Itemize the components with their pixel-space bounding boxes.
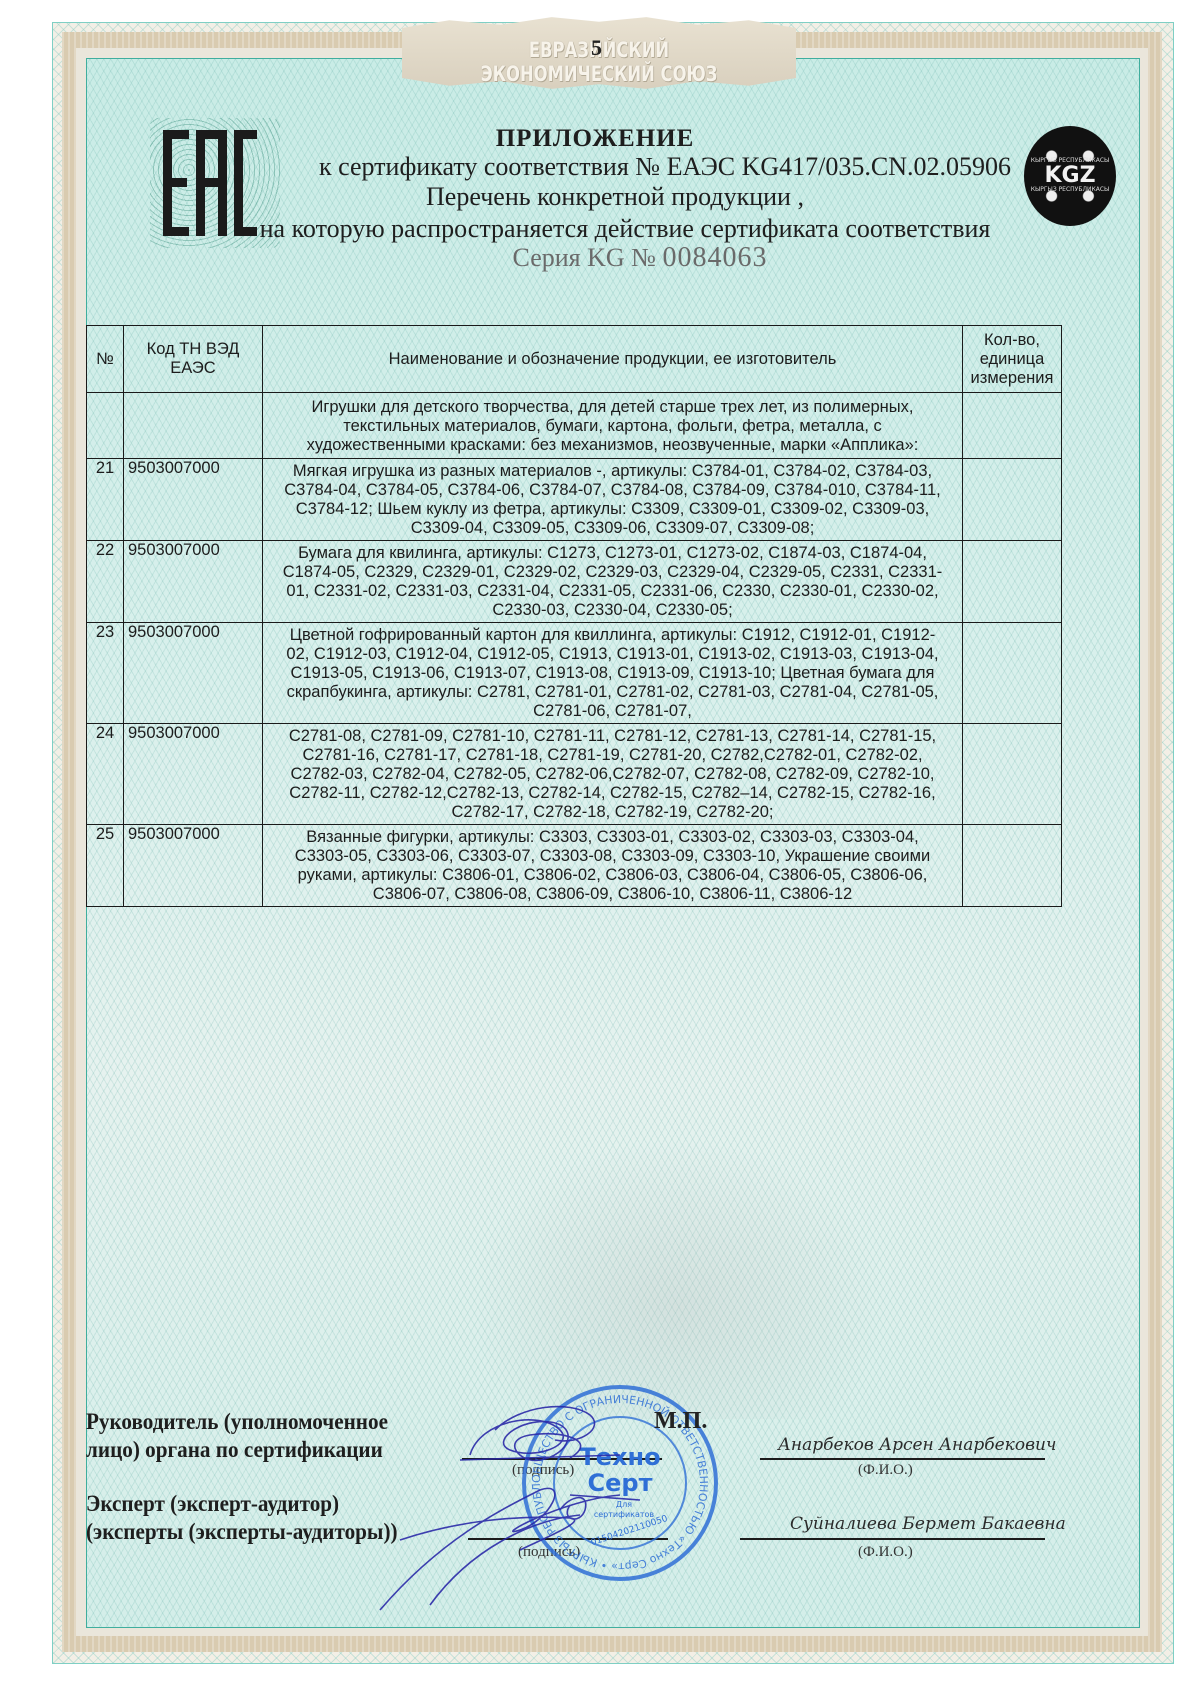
series-value: 0084063 <box>662 242 767 273</box>
product-description: Бумага для квилинга, артикулы: C1273, C1… <box>275 542 950 621</box>
expert-name-line <box>740 1538 1045 1540</box>
cell-no: 23 <box>87 623 124 724</box>
cell-code: 9503007000 <box>124 541 263 623</box>
products-table: № Код ТН ВЭД ЕАЭС Наименование и обознач… <box>86 325 1062 907</box>
cell-no: 25 <box>87 825 124 907</box>
cell-description: Бумага для квилинга, артикулы: C1273, C1… <box>263 541 963 623</box>
product-description: C2781-08, C2781-09, C2781-10, C2781-11, … <box>275 725 950 823</box>
seal-name-line2: Серт <box>588 1469 653 1497</box>
expert-label: Эксперт (эксперт-аудитор) (эксперты (экс… <box>86 1490 398 1546</box>
intro-description: Игрушки для детского творчества, для дет… <box>291 396 934 456</box>
cell-no: 24 <box>87 724 124 825</box>
head-name-line <box>760 1458 1045 1460</box>
seal-purpose-line2: сертификатов <box>594 1510 655 1519</box>
hologram-text: KGZ <box>1044 165 1095 187</box>
product-description: Цветной гофрированный картон для квиллин… <box>275 624 950 722</box>
expert-full-name: Суйналиева Бермет Бакаевна <box>790 1514 1066 1534</box>
product-description: Мягкая игрушка из разных материалов -, а… <box>275 460 950 539</box>
seal-purpose-line1: Для <box>616 1500 632 1509</box>
cell-code: 9503007000 <box>124 724 263 825</box>
cell-description: Цветной гофрированный картон для квиллин… <box>263 623 963 724</box>
seal-place-label: М.П. <box>654 1408 707 1435</box>
list-scope: на которую распространяется действие сер… <box>30 214 1190 244</box>
cell-description: C2781-08, C2781-09, C2781-10, C2781-11, … <box>263 724 963 825</box>
kg-hologram-icon: КЫРГЫЗ РЕСПУБЛИКАСЫ KGZ КЫРГЫЗ РЕСПУБЛИК… <box>1024 126 1116 226</box>
watermark-emblem <box>467 1139 887 1419</box>
head-label: Руководитель (уполномоченное лицо) орган… <box>86 1408 388 1464</box>
seal-name-line1: Техно <box>579 1443 660 1471</box>
cell-quantity <box>963 623 1062 724</box>
cell-quantity <box>963 459 1062 541</box>
head-label-line2: лицо) органа по сертификации <box>86 1436 388 1464</box>
cell-code: 9503007000 <box>124 825 263 907</box>
expert-name-caption: (Ф.И.О.) <box>858 1544 913 1561</box>
cell-quantity <box>963 825 1062 907</box>
table-row: 219503007000Мягкая игрушка из разных мат… <box>87 459 1062 541</box>
cell-no: 22 <box>87 541 124 623</box>
cell-no <box>87 393 124 459</box>
expert-label-line1: Эксперт (эксперт-аудитор) <box>86 1490 398 1518</box>
table-header-row: № Код ТН ВЭД ЕАЭС Наименование и обознач… <box>87 326 1062 393</box>
cell-code: 9503007000 <box>124 459 263 541</box>
head-full-name: Анарбеков Арсен Анарбекович <box>778 1435 1056 1455</box>
product-description: Вязанные фигурки, артикулы: C3303, C3303… <box>275 826 950 905</box>
cell-quantity <box>963 393 1062 459</box>
series-number: Серия KG № 0084063 <box>45 242 1190 274</box>
cell-description: Мягкая игрушка из разных материалов -, а… <box>263 459 963 541</box>
cell-no: 21 <box>87 459 124 541</box>
cell-code <box>124 393 263 459</box>
header-description: Наименование и обозначение продукции, ее… <box>263 326 963 393</box>
cell-description: Вязанные фигурки, артикулы: C3303, C3303… <box>263 825 963 907</box>
table-row: 259503007000Вязанные фигурки, артикулы: … <box>87 825 1062 907</box>
head-label-line1: Руководитель (уполномоченное <box>86 1408 388 1436</box>
table-row: 249503007000C2781-08, C2781-09, C2781-10… <box>87 724 1062 825</box>
cell-quantity <box>963 541 1062 623</box>
seal-registration: 01504202110050 <box>590 1514 670 1548</box>
cell-quantity <box>963 724 1062 825</box>
cell-description: Игрушки для детского творчества, для дет… <box>263 393 963 459</box>
table-intro-row: Игрушки для детского творчества, для дет… <box>87 393 1062 459</box>
page-number: 5 <box>591 35 602 61</box>
header-no: № <box>87 326 124 393</box>
head-name-caption: (Ф.И.О.) <box>858 1462 913 1479</box>
table-row: 239503007000Цветной гофрированный картон… <box>87 623 1062 724</box>
header-quantity: Кол-во, единица измерения <box>963 326 1062 393</box>
hologram-subtext: КЫРГЫЗ РЕСПУБЛИКАСЫ <box>1031 187 1110 194</box>
header-code: Код ТН ВЭД ЕАЭС <box>124 326 263 393</box>
list-subtitle: Перечень конкретной продукции , <box>20 182 1190 212</box>
annex-title: ПРИЛОЖЕНИЕ <box>0 125 1190 153</box>
cell-code: 9503007000 <box>124 623 263 724</box>
expert-label-line2: (эксперты (эксперты-аудиторы)) <box>86 1518 398 1546</box>
series-label: Серия KG № <box>513 243 656 272</box>
table-row: 229503007000Бумага для квилинга, артикул… <box>87 541 1062 623</box>
